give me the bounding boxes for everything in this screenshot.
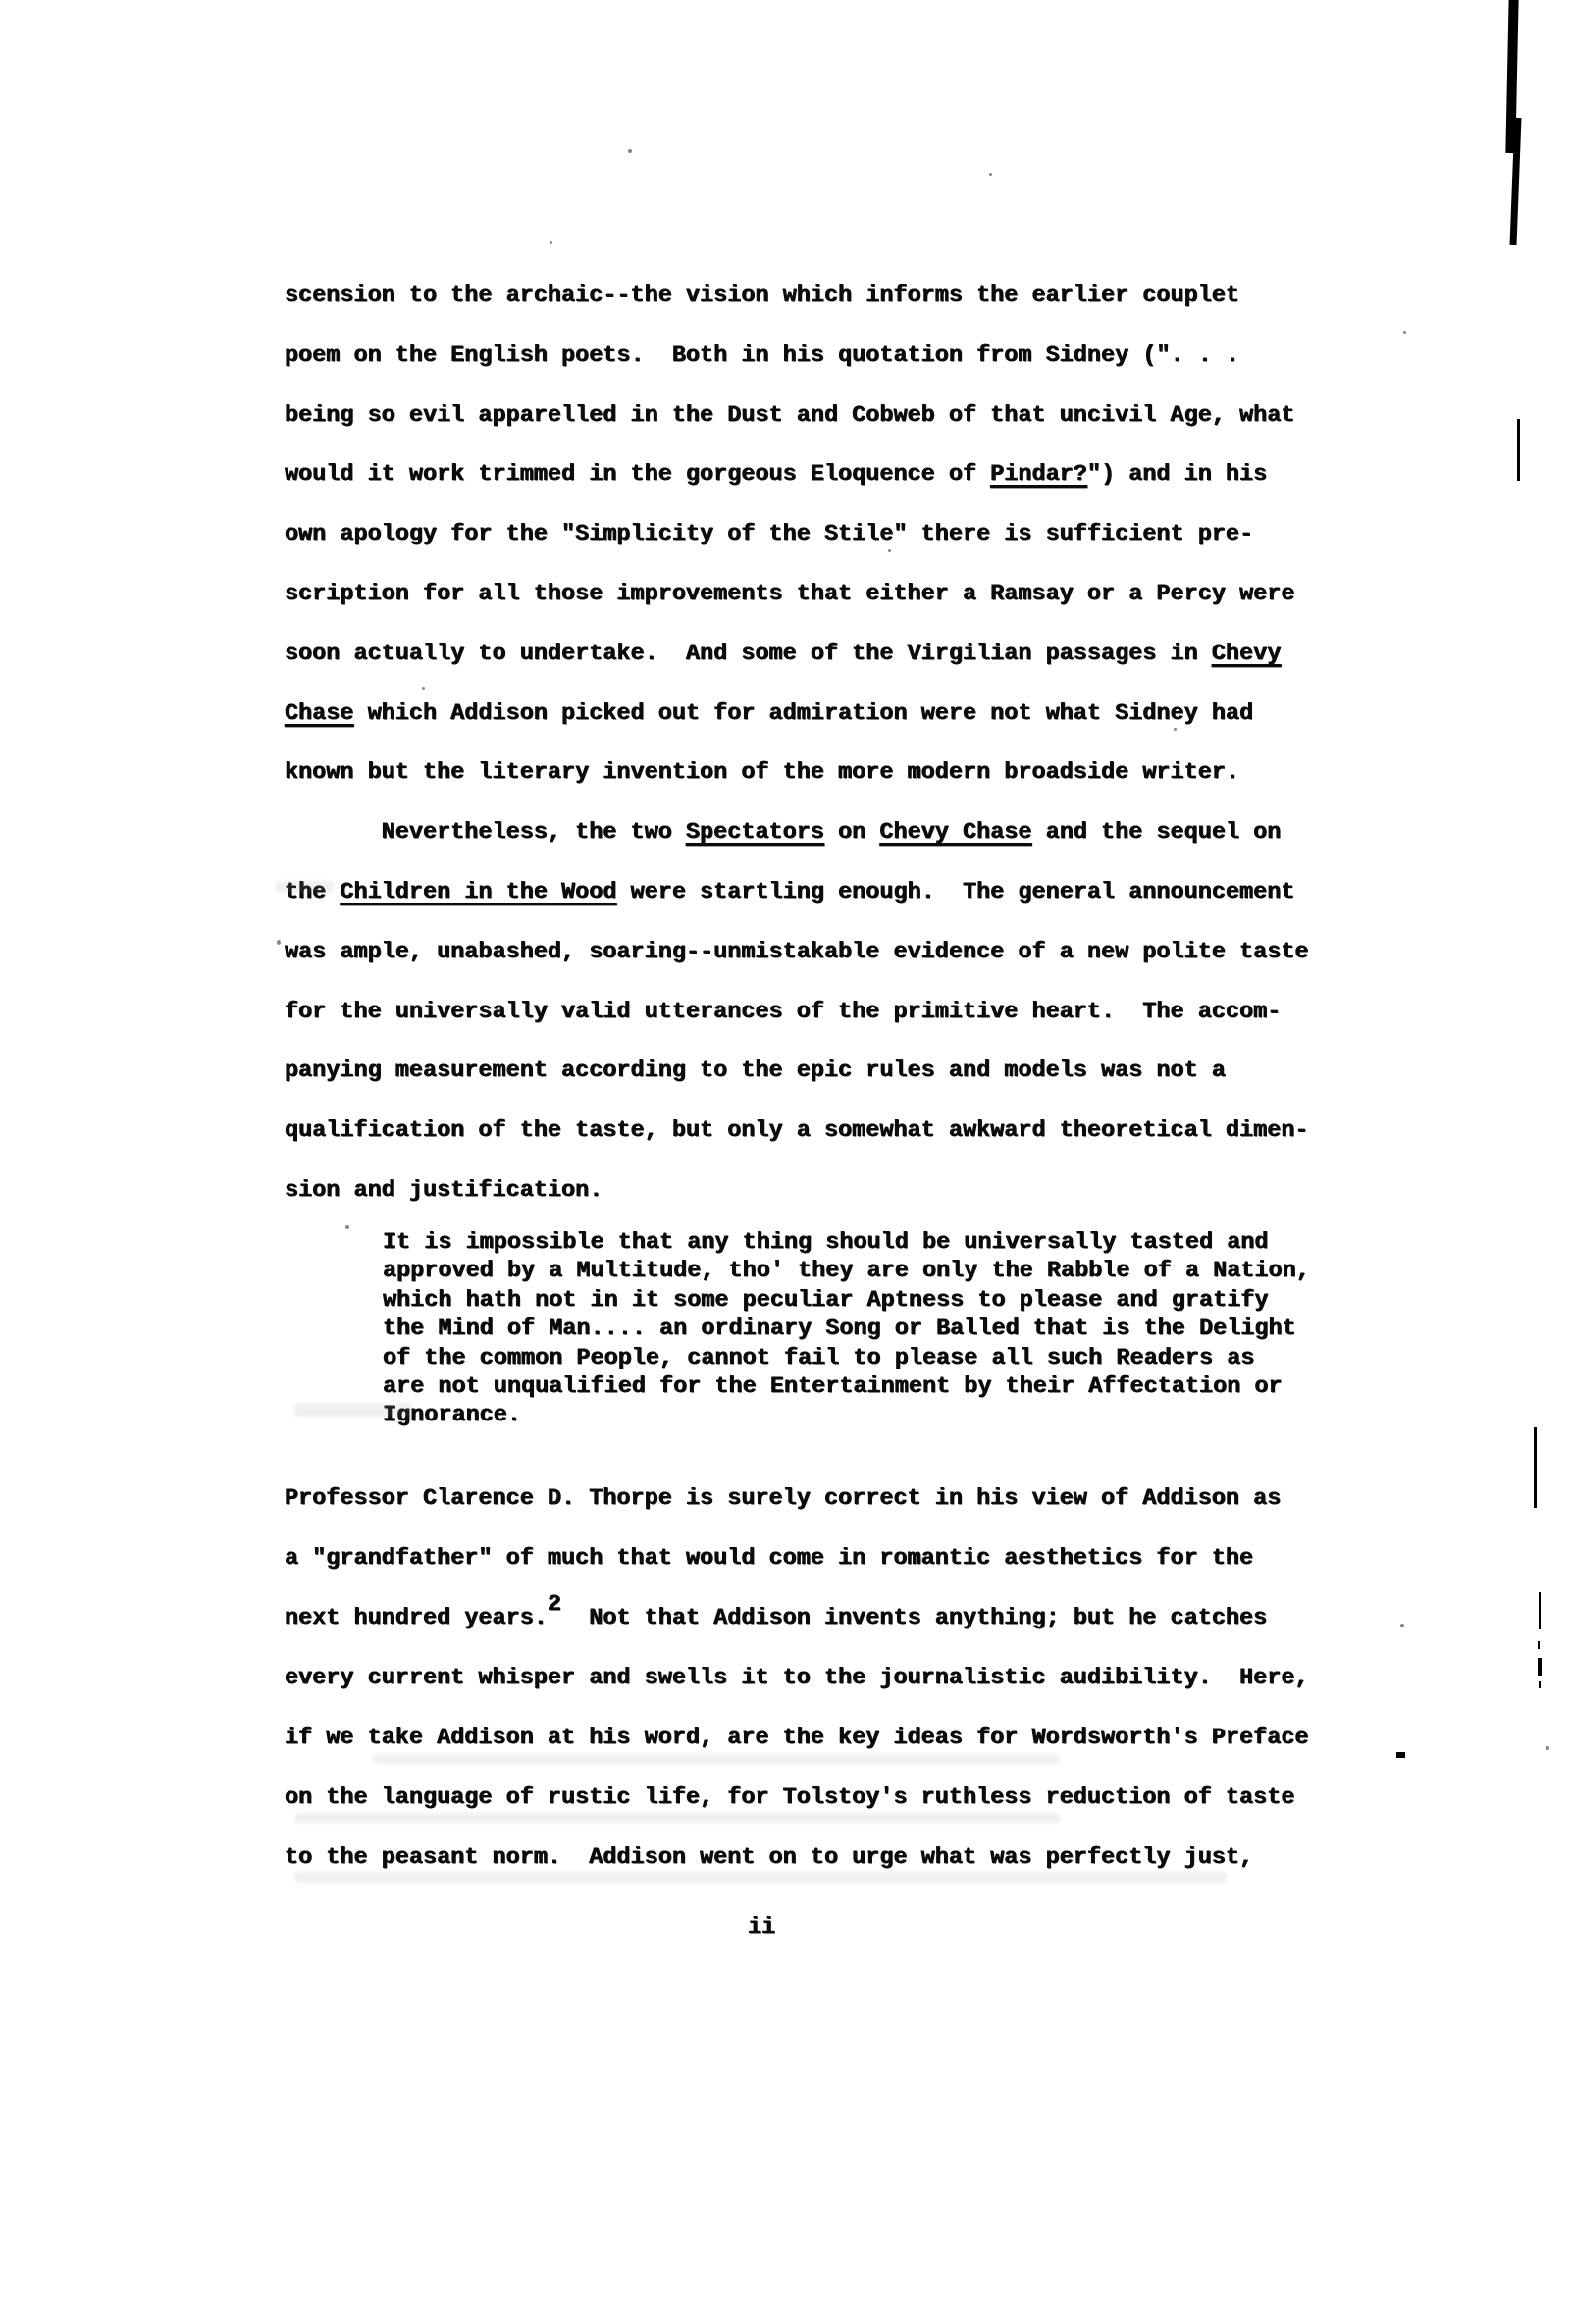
text-line: known but the literary invention of the … [285, 744, 1309, 803]
text-segment: qualification of the taste, but only a s… [285, 1117, 1309, 1144]
text-segment: the Mind of Man.... an ordinary Song or … [383, 1316, 1296, 1342]
text-segment: were startling enough. The general annou… [616, 879, 1294, 905]
text-line: panying measurement according to the epi… [285, 1042, 1309, 1102]
scan-speck [1546, 1746, 1549, 1750]
scan-smudge [294, 1403, 412, 1417]
text-segment: every current whisper and swells it to t… [285, 1665, 1309, 1691]
body-paragraph-2: Professor Clarence D. Thorpe is surely c… [285, 1469, 1309, 1887]
scan-speck [628, 149, 632, 153]
scan-artifact-line [1538, 1658, 1542, 1676]
text-line: Ignorance. [383, 1401, 1310, 1429]
text-line: was ample, unabashed, soaring--unmistaka… [285, 923, 1309, 983]
text-segment: on the language of rustic life, for Tols… [285, 1784, 1294, 1811]
text-segment: Not that Addison invents anything; but h… [561, 1605, 1267, 1631]
underlined-text: Chevy [1212, 641, 1282, 667]
text-line: the Children in the Wood were startling … [285, 863, 1309, 923]
text-segment: which hath not in it some peculiar Aptne… [383, 1287, 1269, 1314]
scan-speck [422, 687, 425, 690]
scan-smudge [373, 1754, 1060, 1764]
text-line: qualification of the taste, but only a s… [285, 1102, 1309, 1162]
text-line: sion and justification. [285, 1162, 1309, 1221]
text-line: the Mind of Man.... an ordinary Song or … [383, 1315, 1310, 1343]
text-segment: known but the literary invention of the … [285, 759, 1239, 786]
scan-smudge [294, 1872, 1227, 1883]
text-segment: ") and in his [1087, 461, 1267, 488]
text-line: own apology for the "Simplicity of the S… [285, 505, 1309, 565]
text-segment: scension to the archaic--the vision whic… [285, 283, 1239, 309]
text-segment: sion and justification. [285, 1177, 603, 1204]
page-number: ii [748, 1913, 775, 1942]
underlined-text: Chase [285, 700, 354, 727]
block-quotation: It is impossible that any thing should b… [383, 1228, 1310, 1430]
text-line: Chase which Addison picked out for admir… [285, 685, 1309, 745]
text-segment: Nevertheless, the two [285, 819, 686, 846]
body-paragraph-1: scension to the archaic--the vision whic… [285, 267, 1309, 1221]
underlined-text: Spectators [686, 819, 824, 846]
scan-speck [277, 940, 281, 945]
scan-artifact-line [1517, 419, 1520, 481]
text-line: Professor Clarence D. Thorpe is surely c… [285, 1469, 1309, 1528]
text-segment: scription for all those improvements tha… [285, 581, 1294, 607]
scan-speck [550, 241, 552, 244]
text-segment: approved by a Multitude, tho' they are o… [383, 1258, 1310, 1284]
text-segment: which Addison picked out for admiration … [354, 700, 1254, 727]
underlined-text: Pindar? [990, 461, 1087, 488]
text-segment: if we take Addison at his word, are the … [285, 1725, 1309, 1751]
text-segment: Professor Clarence D. Thorpe is surely c… [285, 1485, 1281, 1512]
underlined-text: Children in the Wood [340, 879, 616, 905]
text-segment: own apology for the "Simplicity of the S… [285, 521, 1253, 547]
text-segment: for the universally valid utterances of … [285, 999, 1281, 1025]
scan-speck [1174, 728, 1177, 731]
scan-speck [345, 1225, 349, 1229]
text-line: of the common People, cannot fail to ple… [383, 1344, 1310, 1372]
text-segment: are not unqualified for the Entertainmen… [383, 1373, 1283, 1400]
scan-speck [1400, 1624, 1404, 1627]
text-segment: next hundred years. [285, 1605, 548, 1631]
text-segment: poem on the English poets. Both in his q… [285, 342, 1239, 369]
scan-smudge [294, 1813, 1060, 1823]
scan-artifact-line [1538, 1641, 1540, 1649]
scan-artifact-line [1539, 1592, 1541, 1629]
scan-artifact-line [1539, 1681, 1541, 1688]
text-line: scension to the archaic--the vision whic… [285, 267, 1309, 327]
text-line: a "grandfather" of much that would come … [285, 1528, 1309, 1588]
text-line: next hundred years.2 Not that Addison in… [285, 1588, 1309, 1648]
underlined-text: Chevy Chase [879, 819, 1031, 846]
text-line: approved by a Multitude, tho' they are o… [383, 1257, 1310, 1285]
text-line: scription for all those improvements tha… [285, 565, 1309, 625]
text-line: which hath not in it some peculiar Aptne… [383, 1286, 1310, 1315]
text-line: for the universally valid utterances of … [285, 983, 1309, 1043]
footnote-marker: 2 [548, 1591, 561, 1618]
text-line: soon actually to undertake. And some of … [285, 625, 1309, 685]
text-line: It is impossible that any thing should b… [383, 1228, 1310, 1257]
text-line: would it work trimmed in the gorgeous El… [285, 445, 1309, 505]
text-segment: was ample, unabashed, soaring--unmistaka… [285, 939, 1309, 965]
scan-speck [1403, 331, 1406, 334]
scan-smudge [275, 881, 334, 893]
text-segment: to the peasant norm. Addison went on to … [285, 1844, 1253, 1871]
text-line: Nevertheless, the two Spectators on Chev… [285, 803, 1309, 863]
text-segment: being so evil apparelled in the Dust and… [285, 402, 1294, 429]
text-segment: panying measurement according to the epi… [285, 1058, 1226, 1084]
text-segment: soon actually to undertake. And some of … [285, 641, 1212, 667]
scan-speck [888, 549, 891, 552]
text-line: every current whisper and swells it to t… [285, 1648, 1309, 1708]
text-line: poem on the English poets. Both in his q… [285, 327, 1309, 387]
scan-artifact-line [1534, 1427, 1537, 1508]
text-line: are not unqualified for the Entertainmen… [383, 1372, 1310, 1401]
text-segment: would it work trimmed in the gorgeous El… [285, 461, 990, 488]
text-segment: a "grandfather" of much that would come … [285, 1545, 1253, 1572]
text-segment: of the common People, cannot fail to ple… [383, 1345, 1254, 1371]
scan-speck [989, 173, 992, 176]
text-line: being so evil apparelled in the Dust and… [285, 387, 1309, 446]
text-segment: It is impossible that any thing should b… [383, 1229, 1269, 1256]
text-segment: on [824, 819, 879, 846]
scan-artifact-blot [1396, 1752, 1405, 1758]
scanned-manuscript-page: scension to the archaic--the vision whic… [0, 0, 1572, 2324]
text-segment: and the sequel on [1032, 819, 1282, 846]
